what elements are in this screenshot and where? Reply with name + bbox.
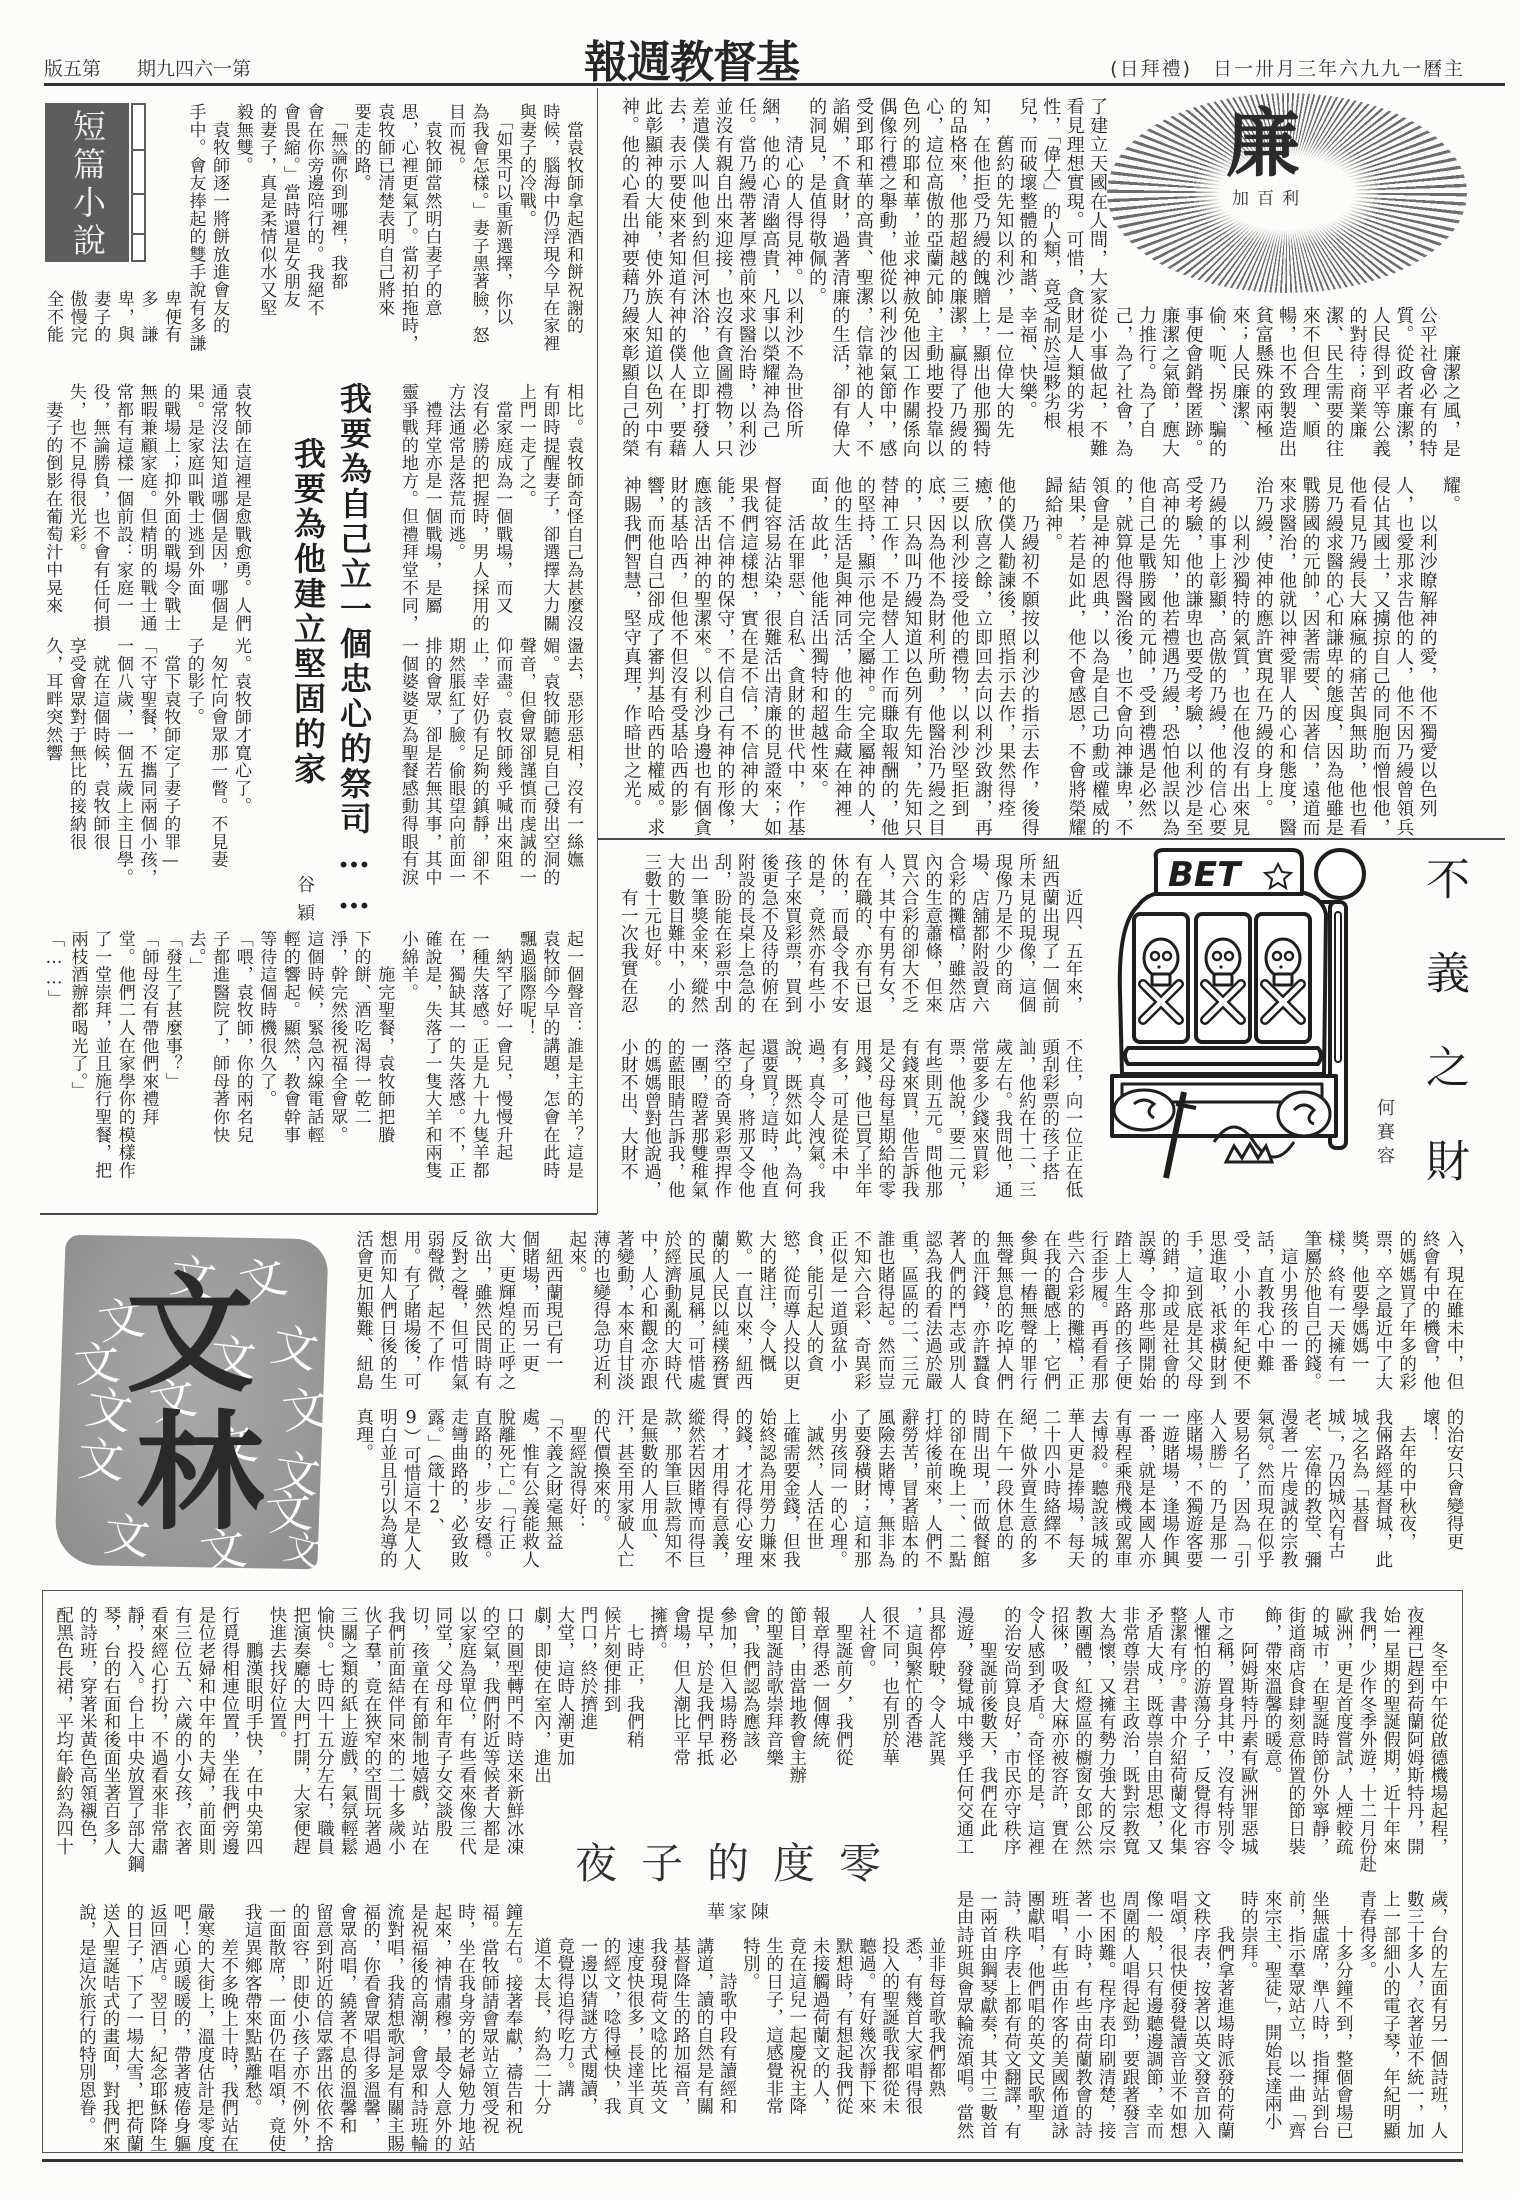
text-column: 休的，而最令我不安 [827, 853, 850, 1018]
text-column: 不知六合彩、奇異彩 [849, 1230, 873, 1398]
text-column: 人，也愛那求告他的人，他不因乃縵曾領兵 [1392, 476, 1415, 838]
text-column: ，這與繁忙的香港 [901, 1606, 924, 1792]
text-column: 提早，於是我們早抵 [692, 1606, 715, 1792]
text-column: 用。有了賭場後，可 [398, 1230, 422, 1398]
text-column: 團獻唱，他們唱的英文民歌聖 [1022, 1890, 1046, 2152]
text-column: 口的圓型轉門不時送來新鮮冰凍 [501, 1606, 525, 1871]
text-column: 常都有這樣一個前設：家庭一 [110, 383, 134, 633]
text-column: 乃縵初不願按以利沙的指示去作，後得 [1017, 476, 1040, 838]
text-column: 受考驗，他的謙卑也要受考驗，以利沙是至 [1181, 476, 1204, 838]
text-column: 9）可惜這不是人人 [398, 1408, 422, 1576]
text-column: 令人感到矛盾。奇怪的是，這裡 [1022, 1606, 1046, 1871]
label-binding-ornament [131, 103, 146, 262]
text-column: 始一星期的聖誕假期，近十年來 [1378, 1606, 1402, 1871]
text-column: 飾，帶來溫馨的暖意。 [1259, 1606, 1283, 1871]
page-number: 版五第 [44, 58, 101, 80]
text-column: 報章得悉一個傳統 [808, 1606, 831, 1792]
text-column: 諂媚，不貪財，過著清廉的生活，卻有偉大 [828, 97, 851, 462]
text-column: 用錢，他已買了半年 [850, 1038, 873, 1206]
text-column: 力推行。為了自 [1134, 306, 1157, 461]
text-column: 並沒有親自出來迎接，也沒有貪圖禮物，只 [711, 97, 734, 462]
text-column: 也不困難。程序表印刷清楚，接 [1093, 1890, 1117, 2152]
text-column: 中，人心和觀念亦跟 [635, 1230, 659, 1398]
text-column: 的錯，抑或是社會的 [1157, 1230, 1181, 1398]
text-column: 會在你旁邊陪行的。我絕不 [301, 103, 325, 355]
text-column: 投入的聖誕歌我都從未 [877, 1937, 900, 2149]
text-column: 結果，若是如此，他不會感恩，不會將榮耀 [1064, 476, 1087, 838]
text-column: 些六合彩的攤檔，正 [1062, 1230, 1086, 1398]
text-column: 這小男孩的一番 [1275, 1230, 1299, 1398]
text-column: 的卻在晚上一、二點 [944, 1408, 968, 1576]
text-column: 了一堂崇拜，並且施行聖餐，把 [89, 930, 113, 1195]
text-column: 時，坐在我身旁的老婦勉力地站 [453, 1903, 477, 2153]
wen-pattern-glyph: 文 [76, 1435, 125, 1484]
text-column: 詩歌中段有讀經和 [715, 1937, 738, 2149]
text-column: 切，孩童在有節制地嬉戲，站在 [406, 1606, 430, 1871]
logo-big-char-lin: 林 [136, 1409, 264, 1537]
ill-gotten-wealth-title: 不義之財 [1418, 856, 1468, 1232]
text-column: 老、宏偉的教堂、彌 [1299, 1408, 1323, 1576]
text-column: 行歪步履。再看看那 [1086, 1230, 1110, 1398]
story-tier3-right-columns: 盪去，惡形惡相，沒有一絲嫵媚。袁牧師聽見自己發出空洞的聲音，但會眾卻謹慎而虔誠的… [395, 637, 584, 887]
integrity-tierA-long-columns: 了建立天國在人間，大家從小事做起，不難看見理想實現。可惜，貪財是人類的劣根性，「… [617, 97, 1109, 462]
text-column: 脫離死亡。」「行正 [493, 1408, 517, 1576]
edition-info: 版五第期九四六一第 [44, 54, 251, 81]
text-column: 真理。 [351, 1408, 375, 1576]
text-column: 會，我們認為應該 [738, 1606, 761, 1792]
text-column: 坐無虛席，準八時，指揮站到台 [1307, 1890, 1331, 2152]
text-column: 竟在這兒一起慶祝主降 [785, 1937, 808, 2149]
text-column: 正似是一道頭盆小 [825, 1230, 849, 1398]
zero-degree-left-tier2-columns: 鐘左右。接著奉獻，禱告和祝福。當牧師請會眾站立領受祝時，坐在我身旁的老婦勉力地站… [74, 1903, 524, 2153]
text-column: 施完聖餐，袁牧師把賸 [372, 930, 396, 1195]
text-column: 食，能引起人的貪 [801, 1230, 825, 1398]
text-column: 基督降生的路加福音， [669, 1937, 692, 2149]
text-column: 袁牧師在這裡是愈戰愈勇。人們 [228, 383, 252, 633]
text-column: 面，故此，他能活出獨特和超越性來。 [807, 476, 830, 838]
text-column: 小男孩同一的心理。 [825, 1408, 849, 1576]
text-column: 妻子的倒影在葡萄汁中晃來 [40, 383, 64, 633]
text-column: 欲出，雖然民間時有 [469, 1230, 493, 1398]
text-column: 一邊以猜謎方式閱讀， [576, 1937, 599, 2149]
text-column: 癒，欣喜之餘，立即回去向以利沙致謝，再 [970, 476, 993, 838]
text-column: 靜，投入。台上中央放置了部大鋼 [122, 1606, 146, 1871]
text-column: 禮拜堂亦是一個戰場，是屬 [419, 383, 443, 633]
text-column: 看見理想實現。可惜，貪財是人類的劣根 [1062, 97, 1085, 462]
text-column: 的治安尚算良好，市民亦守秩序 [999, 1606, 1023, 1871]
text-column: 的，就算他得醫治後，也不會向神謙卑，不 [1111, 476, 1134, 838]
section-divider [597, 838, 1505, 840]
text-column: 袁牧師逐一將餅放進會友的 [207, 103, 231, 355]
text-column: 配黑色長裙，平均年齡約為四十 [51, 1606, 75, 1871]
text-column: 心，這位高傲的亞蘭元帥，主動地要投靠以 [922, 97, 945, 462]
text-column: 過，真令人洩氣。我 [803, 1038, 826, 1206]
text-column: 我們前面結伴同來的二十多歲小 [383, 1606, 407, 1871]
text-column: 為我會怎樣。」妻子黑著臉，怒 [466, 103, 490, 355]
text-column: 數三十多人，衣著並不統一，加 [1402, 1890, 1426, 2152]
wen-pattern-glyph: 文 [280, 1529, 324, 1573]
text-column: 誤導，令那些剛開始 [1133, 1230, 1157, 1398]
short-story-label-box: 短篇小說 [45, 103, 129, 262]
text-column: 獎，他要學媽媽一 [1346, 1230, 1370, 1398]
text-column: 所未見的現像，這個 [1014, 853, 1037, 1018]
text-column: 的媽媽曾對他說過， [639, 1038, 662, 1206]
text-column: 媚。袁牧師聽見自己發出空洞的 [537, 637, 561, 887]
text-column: 嚴寒的大街上，溫度估計是零度 [192, 1903, 216, 2153]
text-column: 節目，由當地教會主辦 [785, 1606, 808, 1792]
text-column: 的是，竟然亦有些小 [803, 853, 826, 1018]
story-tier1-columns: 當袁牧師拿起酒和餅祝謝的時候，腦海中仍浮現今早在家裡與妻子的冷戰。 「如果可以重… [183, 103, 584, 355]
newspaper-page: 版五第期九四六一第 報週教督基 (日拜禮) 日一卅月三年六九九一曆主 短篇小說 … [0, 0, 1519, 2199]
text-column: 一團，瞪著那雙稚氣 [686, 1038, 709, 1206]
text-column: 道不太長，約為二十分 [529, 1937, 552, 2149]
text-column: 一個八歲，一個五歲上主日學。 [110, 637, 134, 887]
text-column: 要易名了，因為「引 [1228, 1408, 1252, 1576]
text-column: 的戰場上；抑外面的戰場令戰士 [158, 383, 182, 633]
text-column: 阿姆斯特丹素有歐洲罪惡城 [1236, 1606, 1260, 1871]
text-column: 一遊賭場，逢場作興 [1157, 1408, 1181, 1576]
text-column: 卑便有 [158, 290, 182, 358]
text-column: 他的僕人勸諫後，照指示去作，果然得痊 [994, 476, 1017, 838]
text-column: 返回酒店。翌日，紀念耶穌降生 [145, 1903, 169, 2153]
text-column: 劇，即使在室內，進出 [529, 1606, 552, 1792]
literary-forest-column-logo: 文 文 文 文 文 文 文 文 文 文 文 文 文 文 文 文 文 林 [60, 1237, 323, 1567]
text-column: 有一次我實在忍 [616, 853, 639, 1018]
text-column: 手中。會友捧起的雙手說有多謙 [183, 103, 207, 355]
text-column: 此彰顯神的大能，使外族人知道以色列中有 [641, 97, 664, 462]
text-column: 縱然若因賭博而得巨 [683, 1408, 707, 1576]
text-column: 財的基哈西，但他不但沒有受基哈西的影 [666, 476, 689, 838]
text-column: 票，他說，要二元， [944, 1038, 967, 1206]
text-column: 內的生意蕭條，但來 [920, 853, 943, 1018]
text-column: 淨，幹完然後祝福全會眾。 [324, 930, 348, 1195]
text-column: 神。他的心看出神要藉乃縵來彰顯自己的榮 [617, 97, 640, 462]
integrity-tierA-short-columns: 廉潔之風，是公平社會必有的特質。從政者廉潔，人民得到平等公義的對待；商業廉潔、民… [1111, 306, 1462, 461]
text-column: 久，耳畔突然響 [40, 637, 64, 887]
text-column: 的品格來，他那超越的廉潔，贏得了乃縵的 [945, 97, 968, 462]
story-tier2-right-columns: 相比。袁牧師奇怪自己為甚麼沒有即時提醒妻子，卻選擇大力關上門一走了之。 當家庭成… [395, 383, 584, 633]
text-column: 直路的，步步安穩。 [469, 1408, 493, 1576]
text-column: 人，其中有男有女， [873, 853, 896, 1018]
text-column: 教團體，紅燈區的櫥窗女郎公然 [1070, 1606, 1094, 1871]
text-column: 的堅持，顯示他完全屬神。完全屬神的人， [853, 476, 876, 838]
text-column: 話，直教我心中難 [1252, 1230, 1276, 1398]
text-column: 非常尊崇君主政治，既對宗教寬 [1117, 1606, 1141, 1871]
text-column: 走彎曲路的，必致敗 [446, 1408, 470, 1576]
text-column: 打烊後前來，人們不 [920, 1408, 944, 1576]
wen-pattern-glyph: 文 [280, 1385, 331, 1436]
text-column: 他看見乃縵長大麻瘋的痛苦與無助，他也看 [1345, 476, 1368, 838]
text-column: 有即時提醒妻子，卻選擇大力關 [537, 383, 561, 633]
text-column: 替神工作，不是替人工作而賺取報酬的，他 [877, 476, 900, 838]
story-tier1-below-label-columns: 卑便有多 謙卑，與妻子的傲慢完全不能 [40, 290, 182, 358]
text-column: 去。」 [183, 930, 207, 1195]
text-column: 「師母沒有帶他們來禮拜 [136, 930, 160, 1195]
text-column: 筆屬於他自己的錢。 [1299, 1230, 1323, 1398]
text-column: 子的影子。 [181, 637, 205, 887]
text-column: 未接觸過荷蘭文的人， [808, 1937, 831, 2149]
text-column: 有錢來買，他告訴我 [897, 1038, 920, 1206]
text-column: 「不義之財毫無益 [541, 1408, 565, 1576]
text-column: 公平社會必有的特 [1415, 306, 1438, 461]
text-column: 的城市，在聖誕時節份外寧靜， [1307, 1606, 1331, 1871]
text-column: 袁牧師已清楚表明自己將來 [372, 103, 396, 355]
text-column: 起了身，將那又令他 [733, 1038, 756, 1206]
bet-sign-text: BET [1168, 855, 1243, 895]
text-column: 任。當乃縵帶著厚禮前來求醫治時，以利沙 [735, 97, 758, 462]
text-column: 下的餅、酒吃渴得一乾二 [348, 930, 372, 1195]
text-column: 大堂，這時人潮更加 [553, 1606, 576, 1792]
text-column: 的妻子，真是柔情似水又堅 [254, 103, 278, 355]
text-column: 班唱，有些由作客的美國佈道詠 [1046, 1890, 1070, 2152]
text-column: 場、店舖都附設賣六 [967, 853, 990, 1018]
text-column: 悉，有幾首大家唱得很 [901, 1937, 924, 2149]
text-column: 冬至中午從啟德機場起程， [1425, 1606, 1449, 1871]
text-column: 靈爭戰的地方。但禮拜堂不同， [395, 383, 419, 633]
text-column: 華人更是捧場，每天 [1062, 1408, 1086, 1576]
text-column: 果。是家庭叫戰士逃到外面 [181, 383, 205, 633]
text-column: 果我們這樣想，實在是不信，不信神的大 [736, 476, 759, 838]
text-column: 參與一樁無聲的罪行 [1015, 1230, 1039, 1398]
text-column: 偶像行禮之舉動，他從以利沙的氣節中，感 [875, 97, 898, 462]
text-column: 領會是神的恩典，以為是自己功勳或權威的 [1088, 476, 1111, 838]
text-column: 現像乃是不少的商 [990, 853, 1013, 1018]
text-column: 就在這個時候，袁牧師很 [87, 637, 111, 887]
zero-degree-title: 夜子的度零 [575, 1831, 905, 1891]
text-column: 附設的長桌上急急的 [733, 853, 756, 1018]
text-column: 的洞見，是值得敬佩的。 [805, 97, 828, 462]
text-column: 失，也不見得很光彩。 [63, 383, 87, 633]
text-column: 毅無雙。 [230, 103, 254, 355]
text-column: 聖誕前夕，我們從 [831, 1606, 854, 1792]
text-column: 壞！ [1418, 1408, 1442, 1576]
text-column: 特別。 [738, 1937, 761, 2149]
text-column: 一兩首由鋼琴獻奏，其中三數首 [975, 1890, 999, 2152]
text-column: 小財不出、大財不 [616, 1038, 639, 1206]
text-column: 多 謙 [135, 290, 159, 358]
text-column: 治乃縵，使神的應許實現在乃縵的身上。 [1251, 476, 1274, 838]
story-headline-primary: 我要為自己立一個忠心的祭司…… [336, 382, 372, 919]
text-column: 唱頌，很快便發覺讀音並不如想 [1165, 1890, 1189, 2152]
text-column: 歲左右。我問他，通 [990, 1038, 1013, 1206]
text-column: 了建立天國在人間，大家從小事做起，不難 [1086, 97, 1109, 462]
text-column: 兒，而破壞整體的和諧、幸福、快樂。 [1015, 97, 1038, 462]
text-column: 紐西蘭現已有一 [541, 1230, 565, 1398]
zero-degree-right-tier2-columns: 歲，台的左面有另一個詩班，人數三十多人，衣著並不統一，加上一部細小的電子琴，年紀… [951, 1890, 1449, 2152]
text-column: 終會有中的機會，他 [1418, 1230, 1442, 1398]
text-column: 的空氣，我們附近等候者大都是 [478, 1606, 502, 1871]
text-column: 擁擠。 [645, 1606, 668, 1792]
text-column: 想而知人們日後的生 [375, 1230, 399, 1398]
text-column: 流對唱，我猜想歌詞是有關主賜 [382, 1903, 406, 2153]
text-column: 同堂，父母和年青子女交談殷 [430, 1606, 454, 1871]
text-column: 看來經心打扮，不過看來非常肅 [146, 1606, 170, 1871]
text-column: 留意到附近的信眾露出依依不捨 [311, 1903, 335, 2153]
text-column: 的血汗錢，亦許蠶食 [967, 1230, 991, 1398]
text-column: 很不同，也有別於華 [877, 1606, 900, 1792]
text-column: 露。」（箴十2、 [422, 1408, 446, 1576]
text-column: 能，不信神的保守，不信自己有神的形像， [713, 476, 736, 838]
text-column: 己，為了社會，為 [1111, 306, 1134, 461]
text-column: 會眾高唱，繞著不息的溫馨和 [334, 1903, 358, 2153]
text-column: 輕的響起。顯然，教會幹事 [277, 930, 301, 1195]
text-column: 著人們的鬥志或別人 [944, 1230, 968, 1398]
text-column: 戰勝國的元帥，因著需要、因著信，遠道而 [1298, 476, 1321, 838]
header-rule [44, 83, 1505, 86]
text-column: 入，現在雖未中，但 [1441, 1230, 1465, 1398]
text-column: 活會更加艱難、紐島 [351, 1230, 375, 1398]
text-column: 子都進醫院了，師母著你快 [207, 930, 231, 1195]
text-column: 常要多少錢來買彩 [967, 1038, 990, 1206]
text-column: 聽過。有好幾次靜下來 [854, 1937, 877, 2149]
text-column: 上一部細小的電子琴，年紀明顯 [1378, 1890, 1402, 2152]
text-column: 並非每首歌我們都熟 [924, 1937, 947, 2149]
story-tier4-columns: 起一個聲音：誰是主的羊？這是袁牧師今早的講題，怎會在此時飄過腦際呢！ 納罕了好一… [41, 930, 584, 1195]
text-column: 「不守聖餐，不攜同兩個小孩， [134, 637, 158, 887]
text-column: 座賭場，不獨遊客要 [1181, 1408, 1205, 1576]
integrity-article-title: 廉 [1226, 104, 1300, 184]
text-column: 著變動，本來自甘淡 [612, 1230, 636, 1398]
text-column: 生的日子，這感覺非常 [761, 1937, 784, 2149]
wen-pattern-glyph: 文 [268, 1321, 323, 1376]
text-column: 人懼怕的游蕩分子，反覺得市容 [1188, 1606, 1212, 1871]
text-column: 潔、民生需要的往 [1322, 306, 1345, 461]
text-column: 矛盾大成，既尊崇自由思想，又 [1141, 1606, 1165, 1871]
text-column: 的治安只會變得更 [1441, 1408, 1465, 1576]
text-column: 明白並且引以為導的 [375, 1408, 399, 1576]
text-column: 有些則五元。問他那 [920, 1038, 943, 1206]
text-column: 妻子的 [88, 290, 112, 358]
text-column: 候片刻便排到 [599, 1606, 622, 1792]
text-column: 招徠，吸食大麻亦被容許，實在 [1046, 1606, 1070, 1871]
text-column: 上門一走了之。 [513, 383, 537, 633]
text-column: 大、更輝煌的正呼之 [493, 1230, 517, 1398]
text-column: 慾，從而導人投以更 [778, 1230, 802, 1398]
text-column: 兩枝酒辦都喝光了。」 [65, 930, 89, 1195]
text-column: 去博殺。聽說該城的 [1086, 1408, 1110, 1576]
zero-degree-right-tier1-columns: 冬至中午從啟德機場起程，夜裡已趕到荷蘭阿姆斯特丹，開始一星期的聖誕假期，近十年來… [951, 1606, 1449, 1871]
text-column: 會場，但人潮比平常 [669, 1606, 692, 1792]
text-column: 我們拿著進場時派發的荷蘭 [1212, 1890, 1236, 2152]
text-column: 方法通常是落荒而逃。 [442, 383, 466, 633]
text-column: 弱聲微，起不了作 [422, 1230, 446, 1398]
text-column: 廉潔之氣節，應大 [1158, 306, 1181, 461]
text-column: 色列的耶和華，並求神赦免他因工作關係向 [898, 97, 921, 462]
text-column: 快進去找好位置。 [264, 1606, 288, 1871]
text-column: 城之名為「基督 [1346, 1408, 1370, 1576]
text-column: 會畏縮。」當時還是女朋友 [277, 103, 301, 355]
text-column: 蘭的人民以純樸務實 [707, 1230, 731, 1398]
text-column: 清心的人得見神。以利沙不為世俗所 [781, 97, 804, 462]
text-column: 門口，終於擠進 [576, 1606, 599, 1792]
text-column: 反對之聲，但可惜氣 [446, 1230, 470, 1398]
text-column: 在下午一段休息的 [991, 1408, 1015, 1576]
text-column: 出一筆獎金來，縱然 [686, 853, 709, 1018]
text-column: 性，「偉大」的人類，竟受制於這夥劣根 [1039, 97, 1062, 462]
text-column: 督徒容易沾染，很難活出清廉的見證來；如 [760, 476, 783, 838]
text-column: 盪去，惡形惡相，沒有一絲嫵 [560, 637, 584, 887]
text-column: 人入勝」的乃是那一 [1204, 1408, 1228, 1576]
integrity-tierB-columns: 耀。 以利沙瞭解神的愛，他不獨愛以色列人，也愛那求告他的人，他不因乃縵曾領兵侵佔… [619, 476, 1462, 838]
text-column: 思進取，祇求橫財到 [1204, 1230, 1228, 1398]
text-column: 時間出現，而做餐館 [967, 1408, 991, 1576]
text-column: 城」，乃因城內有古 [1323, 1408, 1347, 1576]
text-column: 誠然，人活在世 [801, 1408, 825, 1576]
text-column: 有專程乘飛機或駕車 [1109, 1408, 1133, 1576]
text-column: 的錢，才花得心安理 [730, 1408, 754, 1576]
text-column: 應該活出神的聖潔來。以利沙身邊也有個貪 [690, 476, 713, 838]
text-column: 排的會眾，卻是若無其事，其中 [419, 637, 443, 887]
text-column: 底，因為他不為財利所動，他醫治乃縵之目 [924, 476, 947, 838]
text-column: 福。當牧師請會眾站立領受祝 [477, 1903, 501, 2153]
text-column: 我們，少作冬季外遊，十二月份赴 [1354, 1606, 1378, 1871]
logo-big-char-wen: 文 [126, 1271, 254, 1399]
text-column: 十多分鐘不到，整個會場已 [1330, 1890, 1354, 2152]
text-column: 舊約的先知以利沙，是一位偉大的先 [992, 97, 1015, 462]
text-column: 行覓得相連位置，坐在我們旁邊 [217, 1606, 241, 1871]
text-column: 文秩序表，按著以英文發音加入 [1188, 1890, 1212, 2152]
text-column: 薄的也變得急功近利 [588, 1230, 612, 1398]
text-column: 說，既然如此，為何 [780, 1038, 803, 1206]
text-column: 還要買？這時，他直 [756, 1038, 779, 1206]
text-column: 手，這到底是其父母 [1181, 1230, 1205, 1398]
text-column: 去，表示要使來者知道有神的僕人在，要藉 [664, 97, 687, 462]
text-column: 仰而盡。袁牧師幾乎喊出來阻 [490, 637, 514, 887]
text-column: 處，惟有公義能救人 [517, 1408, 541, 1576]
text-column: 把演奏廳的大門打開，大家便趕 [288, 1606, 312, 1871]
text-column: 了要發橫財；這和那 [849, 1408, 873, 1576]
text-column: 聖誕前後數天，我們在此 [975, 1606, 999, 1871]
text-column: 我這異鄉客帶來點點離愁。 [240, 1903, 264, 2153]
text-column: 詩，秩序表上都有荷文翻譯，有 [999, 1890, 1023, 2152]
text-column: 差不多晚上十時，我們站在 [216, 1903, 240, 2153]
text-column: 款，那筆巨款焉知不 [659, 1408, 683, 1576]
text-column: 相比。袁牧師奇怪自己為甚麼沒 [560, 383, 584, 633]
text-column: 參加，但入場時務必 [715, 1606, 738, 1792]
text-column: 「喂，袁牧師，你的兩名兒 [230, 930, 254, 1195]
text-column: 有在職的、亦有已退 [850, 853, 873, 1018]
text-column: 無暇兼顧家庭。但精明的戰士通 [134, 383, 158, 633]
text-column: 乃縵的事上彰顯，高傲的乃縵，他的信心要 [1205, 476, 1228, 838]
text-column: 受到耶和華的高貴、聖潔，信靠祂的人，不 [852, 97, 875, 462]
text-column: 大的賭注，令人慨 [754, 1230, 778, 1398]
text-column: 匆忙向會眾那一瞥。不見妻 [205, 637, 229, 887]
text-column: 聖經說得好： [564, 1408, 588, 1576]
text-column: 紐西蘭出現了一個前 [1037, 853, 1060, 1018]
text-column: 是父母每星期給的零 [873, 1038, 896, 1206]
text-column: 神賜我們智慧，堅守真理，作暗世之光。 [619, 476, 642, 838]
text-column: 刮，盼能在彩票中刮 [710, 853, 733, 1018]
text-column: 時候，腦海中仍浮現今早在家裡 [537, 103, 561, 355]
text-column: 近四、五年來， [1061, 853, 1084, 1018]
text-column: 小綿羊。 [395, 930, 419, 1195]
text-column: 人民得到平等公義 [1368, 306, 1391, 461]
text-column: 暢，也不致製造出 [1275, 306, 1298, 461]
text-column: 見乃縵求醫的心和謙卑的態度，因為他雖是 [1322, 476, 1345, 838]
text-column: 鐘左右。接著奉獻，禱告和祝 [500, 1903, 524, 2153]
footer-rule [42, 2159, 1463, 2162]
story-headline-secondary: 我要為他建立堅固的家 [290, 437, 326, 787]
text-column: 具都停駛，令人詫異 [924, 1606, 947, 1792]
text-column: 起一個聲音：誰是主的羊？這是 [560, 930, 584, 1195]
text-column: 差遣僕人叫他到約但河沐浴，他立即打發人 [688, 97, 711, 462]
text-column: 卑，與 [111, 290, 135, 358]
text-column: 是祝福後的高潮，會眾和詩班輪 [405, 1903, 429, 2153]
text-column: 貧富懸殊的兩極 [1251, 306, 1274, 461]
text-column: 聲音，但會眾卻謹慎而虔誠的一 [513, 637, 537, 887]
text-column: 像一般，只有邊聽邊調節，幸而 [1141, 1890, 1165, 2152]
text-column: 是位老婦和中年的夫婦，前面則 [193, 1606, 217, 1871]
